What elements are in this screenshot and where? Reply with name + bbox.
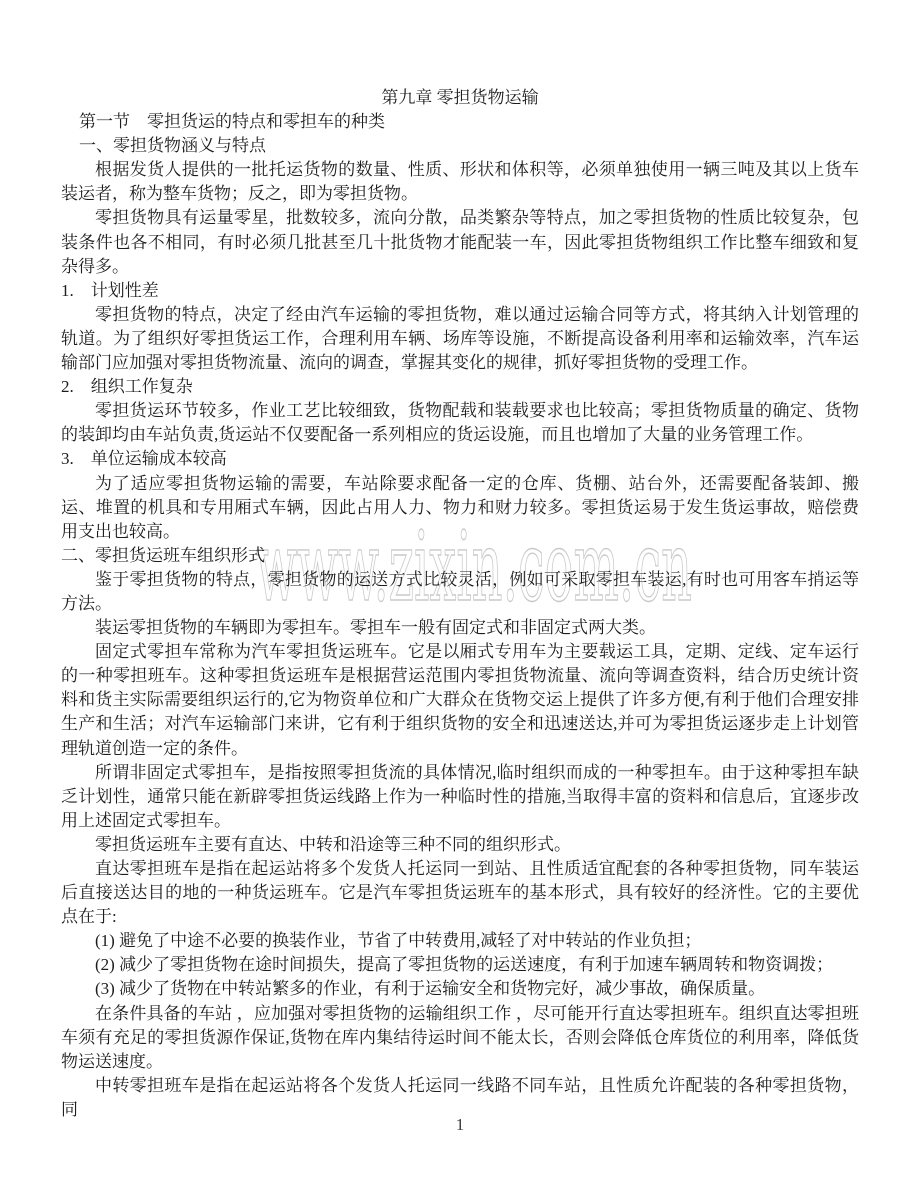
list-item: (2) 减少了零担货物在途时间损失，提高了零担货物的运送速度，有利于加速车辆周转… — [61, 953, 859, 977]
paragraph: 零担货运环节较多，作业工艺比较细致，货物配载和装载要求也比较高；零担货物质量的确… — [61, 399, 859, 447]
subsection-heading-2: 二、零担货运班车组织形式 — [61, 544, 859, 568]
subsection-heading-1: 一、零担货物涵义与特点 — [61, 134, 859, 158]
paragraph: 零担货运班车主要有直达、中转和沿途等三种不同的组织形式。 — [61, 833, 859, 857]
list-item: (1) 避免了中途不必要的换装作业，节省了中转费用,减轻了对中转站的作业负担； — [61, 929, 859, 953]
paragraph: 鉴于零担货物的特点，零担货物的运送方式比较灵活，例如可采取零担车装运,有时也可用… — [61, 568, 859, 616]
list-item: (3) 减少了货物在中转站繁多的作业，有利于运输安全和货物完好，减少事故，确保质… — [61, 977, 859, 1001]
numbered-heading-2: 2. 组织工作复杂 — [61, 375, 859, 399]
paragraph: 根据发货人提供的一批托运货物的数量、性质、形状和体积等，必须单独使用一辆三吨及其… — [61, 158, 859, 206]
paragraph: 零担货物的特点，决定了经由汽车运输的零担货物，难以通过运输合同等方式，将其纳入计… — [61, 303, 859, 375]
paragraph: 所谓非固定式零担车，是指按照零担货流的具体情况,临时组织而成的一种零担车。由于这… — [61, 761, 859, 833]
section-heading: 第一节 零担货运的特点和零担车的种类 — [61, 110, 859, 134]
paragraph: 为了适应零担货物运输的需要，车站除要求配备一定的仓库、货棚、站台外，还需要配备装… — [61, 472, 859, 544]
numbered-heading-1: 1. 计划性差 — [61, 279, 859, 303]
paragraph: 零担货物具有运量零星，批数较多，流向分散，品类繁杂等特点，加之零担货物的性质比较… — [61, 206, 859, 278]
paragraph: 装运零担货物的车辆即为零担车。零担车一般有固定式和非固定式两大类。 — [61, 616, 859, 640]
paragraph: 固定式零担车常称为汽车零担货运班车。它是以厢式专用车为主要载运工具，定期、定线、… — [61, 640, 859, 760]
page-number: 1 — [0, 1114, 920, 1136]
paragraph: 直达零担班车是指在起运站将多个发货人托运同一到站、且性质适宜配套的各种零担货物，… — [61, 857, 859, 929]
document-content: 第九章 零担货物运输 第一节 零担货运的特点和零担车的种类 一、零担货物涵义与特… — [61, 86, 859, 1122]
paragraph: 在条件具备的车站 ，应加强对零担货物的运输组织工作 ，尽可能开行直达零担班车。组… — [61, 1002, 859, 1074]
numbered-heading-3: 3. 单位运输成本较高 — [61, 447, 859, 471]
document-page: www.zixin.com.cn 第九章 零担货物运输 第一节 零担货运的特点和… — [0, 0, 920, 1191]
chapter-title: 第九章 零担货物运输 — [61, 86, 859, 110]
